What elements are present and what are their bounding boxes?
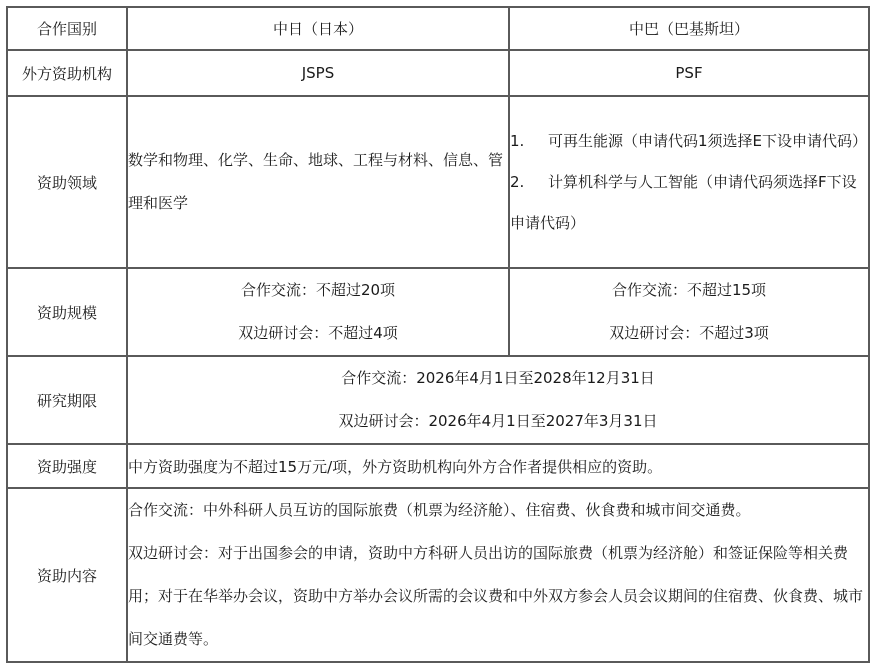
fields-pakistan-item-1: 1.可再生能源（申请代码1须选择E下设申请代码） (510, 121, 868, 162)
scale-pakistan-seminar: 双边研讨会：不超过3项 (510, 312, 868, 355)
period-seminar: 双边研讨会：2026年4月1日至2027年3月31日 (128, 400, 868, 443)
fields-japan-text: 数学和物理、化学、生命、地球、工程与材料、信息、管理和医学 (128, 139, 508, 225)
scale-pakistan-exchange: 合作交流：不超过15项 (510, 269, 868, 312)
header-row: 合作国别 中日（日本） 中巴（巴基斯坦） (7, 7, 869, 50)
agency-pakistan: PSF (509, 50, 869, 96)
period-value: 合作交流：2026年4月1日至2028年12月31日 双边研讨会：2026年4月… (127, 356, 869, 444)
fields-pakistan: 1.可再生能源（申请代码1须选择E下设申请代码） 2.计算机科学与人工智能（申请… (509, 96, 869, 268)
scale-japan-seminar: 双边研讨会：不超过4项 (128, 312, 508, 355)
fields-label: 资助领域 (7, 96, 127, 268)
header-pakistan: 中巴（巴基斯坦） (509, 7, 869, 50)
intensity-row: 资助强度 中方资助强度为不超过15万元/项，外方资助机构向外方合作者提供相应的资… (7, 444, 869, 488)
intensity-label: 资助强度 (7, 444, 127, 488)
content-row: 资助内容 合作交流：中外科研人员互访的国际旅费（机票为经济舱）、住宿费、伙食费和… (7, 488, 869, 662)
intensity-value: 中方资助强度为不超过15万元/项，外方资助机构向外方合作者提供相应的资助。 (127, 444, 869, 488)
scale-label: 资助规模 (7, 268, 127, 356)
period-exchange: 合作交流：2026年4月1日至2028年12月31日 (128, 357, 868, 400)
fields-pakistan-item-2: 2.计算机科学与人工智能（申请代码须选择F下设申请代码） (510, 162, 868, 244)
agency-label: 外方资助机构 (7, 50, 127, 96)
period-row: 研究期限 合作交流：2026年4月1日至2028年12月31日 双边研讨会：20… (7, 356, 869, 444)
funding-comparison-table: 合作国别 中日（日本） 中巴（巴基斯坦） 外方资助机构 JSPS PSF 资助领… (6, 6, 870, 663)
fields-row: 资助领域 数学和物理、化学、生命、地球、工程与材料、信息、管理和医学 1.可再生… (7, 96, 869, 268)
header-japan: 中日（日本） (127, 7, 509, 50)
content-value: 合作交流：中外科研人员互访的国际旅费（机票为经济舱）、住宿费、伙食费和城市间交通… (127, 488, 869, 662)
content-seminar: 双边研讨会：对于出国参会的申请，资助中方科研人员出访的国际旅费（机票为经济舱）和… (128, 532, 868, 661)
scale-japan: 合作交流：不超过20项 双边研讨会：不超过4项 (127, 268, 509, 356)
scale-row: 资助规模 合作交流：不超过20项 双边研讨会：不超过4项 合作交流：不超过15项… (7, 268, 869, 356)
header-country-label: 合作国别 (7, 7, 127, 50)
agency-row: 外方资助机构 JSPS PSF (7, 50, 869, 96)
agency-japan: JSPS (127, 50, 509, 96)
period-label: 研究期限 (7, 356, 127, 444)
content-exchange: 合作交流：中外科研人员互访的国际旅费（机票为经济舱）、住宿费、伙食费和城市间交通… (128, 489, 868, 532)
content-label: 资助内容 (7, 488, 127, 662)
fields-japan: 数学和物理、化学、生命、地球、工程与材料、信息、管理和医学 (127, 96, 509, 268)
scale-pakistan: 合作交流：不超过15项 双边研讨会：不超过3项 (509, 268, 869, 356)
scale-japan-exchange: 合作交流：不超过20项 (128, 269, 508, 312)
